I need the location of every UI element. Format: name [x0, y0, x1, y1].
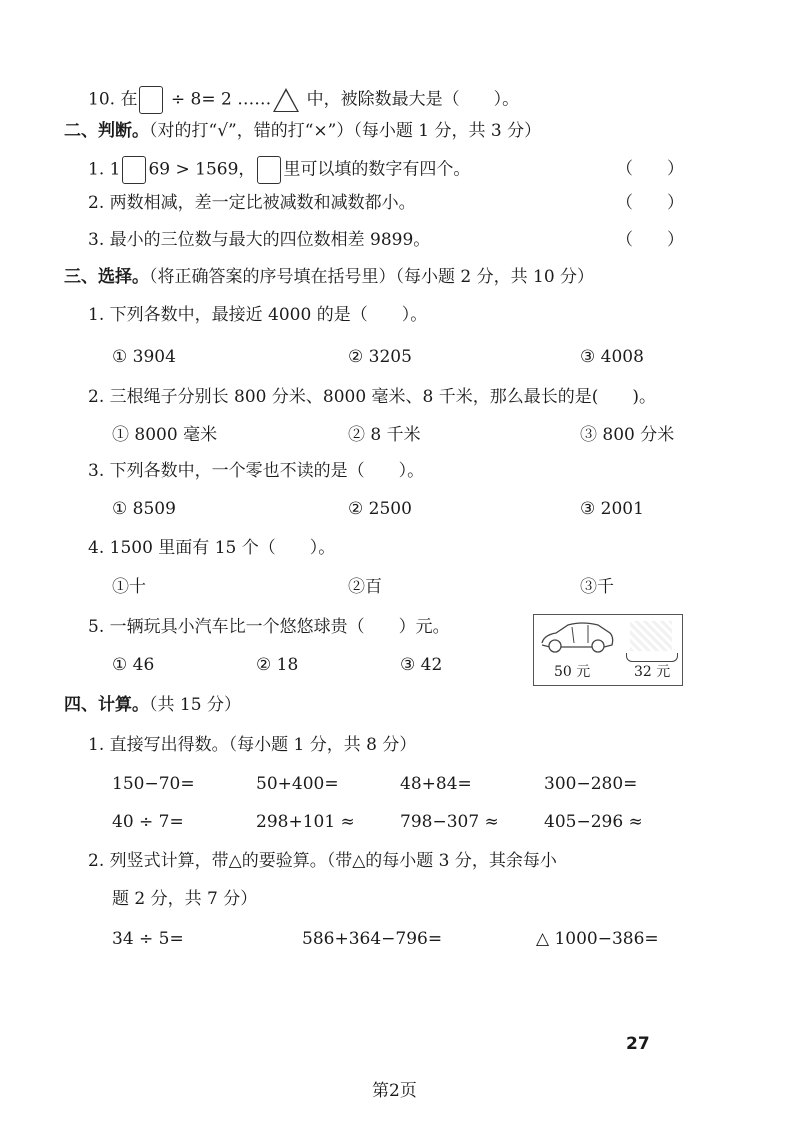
- option[interactable]: ② 18: [256, 654, 298, 676]
- section-note: （共 15 分）: [149, 695, 241, 715]
- option[interactable]: ③ 2001: [580, 498, 644, 520]
- calc-part-2-line1: 2. 列竖式计算，带△的要验算。（带△的每小题 3 分，其余每小: [88, 850, 557, 872]
- calc-item: 150−70=: [112, 773, 195, 795]
- triangle-icon: [273, 88, 299, 112]
- option[interactable]: ③ 800 分米: [580, 424, 674, 446]
- judge-item-2: 2. 两数相减，差一定比被减数和减数都小。: [88, 192, 416, 214]
- section-3-heading: 三、选择。（将正确答案的序号填在括号里）（每小题 2 分，共 10 分）: [64, 266, 594, 288]
- option[interactable]: ① 8000 毫米: [112, 424, 217, 446]
- answer-box[interactable]: [122, 156, 146, 184]
- answer-paren[interactable]: （ ）: [616, 192, 684, 214]
- q10-prefix: 10. 在: [88, 90, 137, 110]
- option[interactable]: ③千: [580, 576, 614, 598]
- option[interactable]: ① 46: [112, 654, 154, 676]
- judge-item-1: 1. 169 > 1569，里可以填的数字有四个。: [88, 156, 470, 184]
- choice-item-1: 1. 下列各数中，最接近 4000 的是（ ）。: [88, 304, 427, 326]
- option[interactable]: ① 3904: [112, 346, 176, 368]
- section-title: 三、选择。: [64, 267, 149, 287]
- choice-item-4: 4. 1500 里面有 15 个（ ）。: [88, 537, 335, 559]
- option[interactable]: ② 8 千米: [348, 424, 421, 446]
- calc-item: 34 ÷ 5=: [112, 928, 184, 950]
- option[interactable]: ② 3205: [348, 346, 412, 368]
- calc-item: 798−307 ≈: [400, 811, 499, 833]
- calc-item: 300−280=: [544, 773, 637, 795]
- option[interactable]: ③ 42: [400, 654, 442, 676]
- choice-item-5: 5. 一辆玩具小汽车比一个悠悠球贵（ ）元。: [88, 616, 450, 638]
- price-figure: 50 元 32 元: [533, 614, 683, 686]
- section-title: 二、判断。: [64, 121, 149, 141]
- answer-paren[interactable]: （ ）: [616, 158, 684, 180]
- option[interactable]: ①十: [112, 576, 146, 598]
- option[interactable]: ② 2500: [348, 498, 412, 520]
- calc-item: 298+101 ≈: [256, 811, 355, 833]
- yoyo-icon: [630, 621, 672, 651]
- calc-item: 40 ÷ 7=: [112, 811, 184, 833]
- option[interactable]: ③ 4008: [580, 346, 644, 368]
- answer-box[interactable]: [139, 86, 163, 114]
- section-2-heading: 二、判断。（对的打“√”，错的打“×”）（每小题 1 分，共 3 分）: [64, 120, 541, 142]
- page-number: 27: [626, 1034, 650, 1054]
- section-title: 四、计算。: [64, 695, 149, 715]
- calc-item: 586+364−796=: [302, 928, 442, 950]
- q10-middle: ÷ 8= 2 ……: [171, 90, 271, 110]
- yoyo-price: 32 元: [634, 661, 670, 681]
- car-price: 50 元: [554, 661, 590, 681]
- choice-item-3: 3. 下列各数中，一个零也不读的是（ ）。: [88, 460, 424, 482]
- choice-item-2: 2. 三根绳子分别长 800 分米、8000 毫米、8 千米，那么最长的是( )…: [88, 386, 656, 408]
- item-text: 里可以填的数字有四个。: [283, 160, 470, 180]
- option[interactable]: ① 8509: [112, 498, 176, 520]
- calc-item: 48+84=: [400, 773, 472, 795]
- calc-item: △ 1000−386=: [536, 928, 659, 950]
- calc-item: 405−296 ≈: [544, 811, 643, 833]
- page-footer: 第2页: [372, 1076, 417, 1101]
- calc-part-1: 1. 直接写出得数。（每小题 1 分，共 8 分）: [88, 734, 416, 756]
- section-note: （对的打“√”，错的打“×”）（每小题 1 分，共 3 分）: [149, 121, 541, 141]
- item-text: 1. 1: [88, 160, 120, 180]
- calc-part-2-line2: 题 2 分，共 7 分）: [112, 888, 257, 910]
- section-note: （将正确答案的序号填在括号里）（每小题 2 分，共 10 分）: [149, 267, 594, 287]
- option[interactable]: ②百: [348, 576, 382, 598]
- question-10: 10. 在 ÷ 8= 2 …… 中，被除数最大是（ ）。: [88, 86, 519, 114]
- calc-item: 50+400=: [256, 773, 339, 795]
- section-4-heading: 四、计算。（共 15 分）: [64, 694, 241, 716]
- answer-paren[interactable]: （ ）: [616, 229, 684, 251]
- item-text: 69 > 1569，: [148, 160, 255, 180]
- answer-box[interactable]: [257, 156, 281, 184]
- judge-item-3: 3. 最小的三位数与最大的四位数相差 9899。: [88, 229, 430, 251]
- q10-suffix: 中，被除数最大是（ ）。: [307, 90, 520, 110]
- toy-car-icon: [538, 617, 618, 657]
